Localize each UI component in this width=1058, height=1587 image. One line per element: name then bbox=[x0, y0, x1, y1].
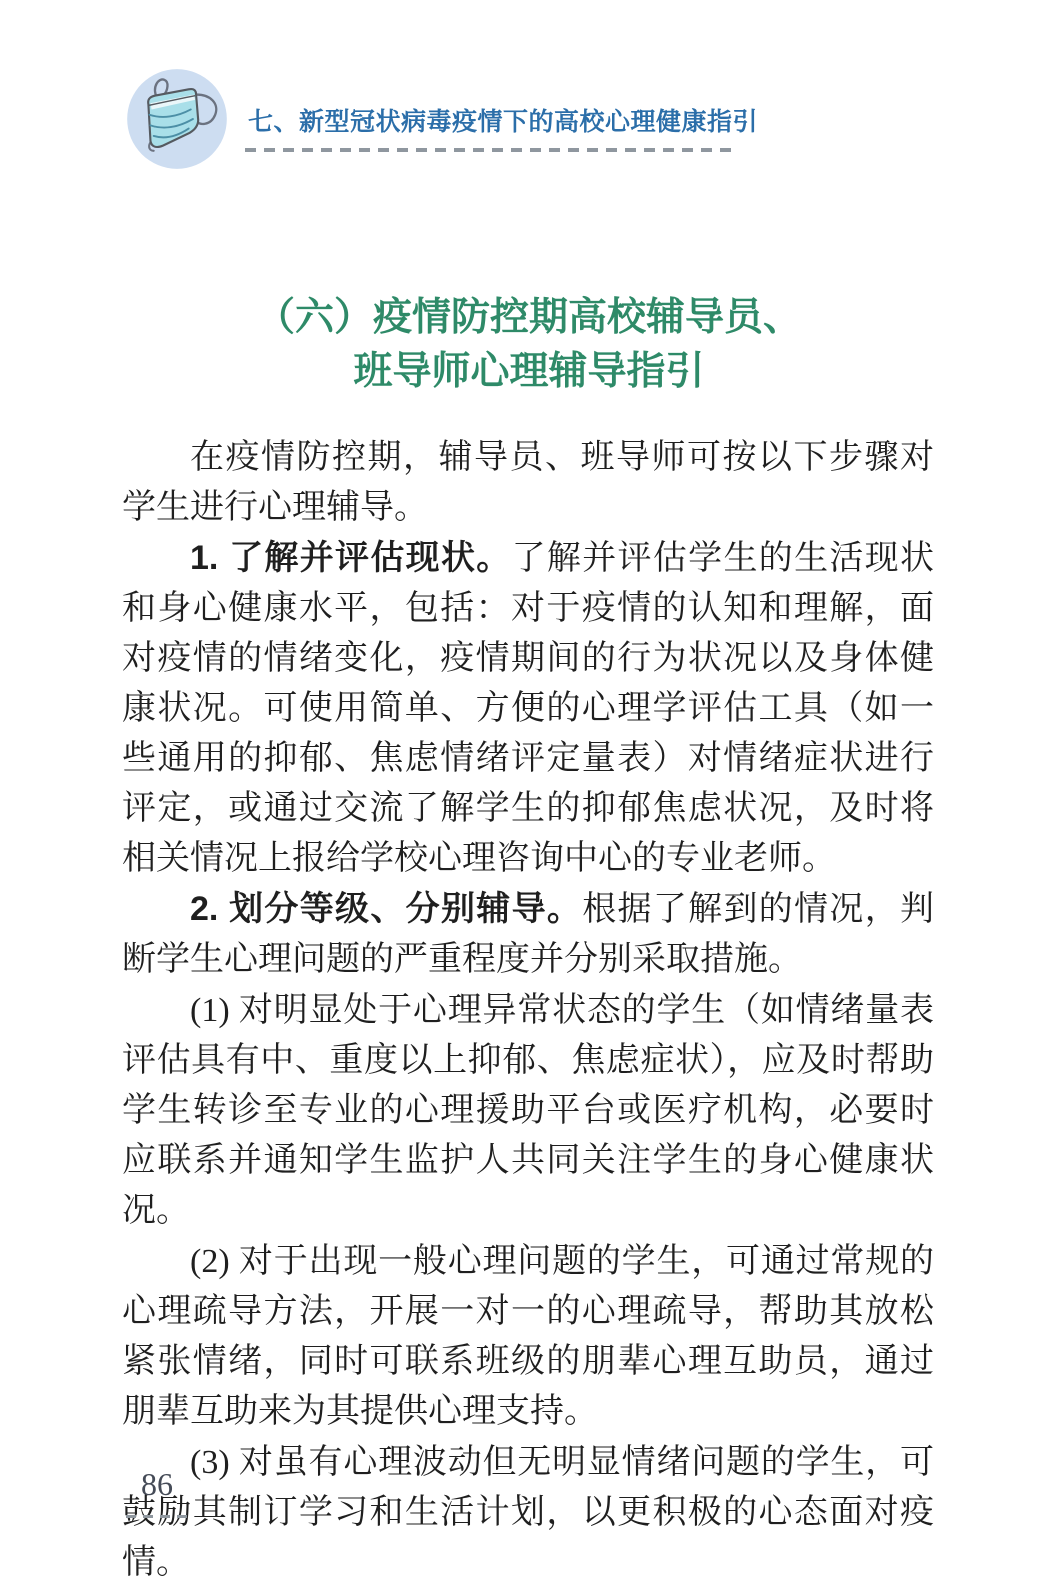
book-page: 七、新型冠状病毒疫情下的高校心理健康指引 （六）疫情防控期高校辅导员、 班导师心… bbox=[0, 0, 1058, 1587]
face-mask-icon bbox=[124, 66, 230, 172]
paragraph-lead: 1. 了解并评估现状。 bbox=[190, 539, 512, 577]
paragraph-text: (3) 对虽有心理波动但无明显情绪问题的学生，可鼓励其制订学习和生活计划，以更积… bbox=[122, 1444, 934, 1581]
paragraph-step-2: 2. 划分等级、分别辅导。根据了解到的情况，判断学生心理问题的严重程度并分别采取… bbox=[122, 884, 934, 985]
section-title-line1: （六）疫情防控期高校辅导员、 bbox=[256, 296, 802, 339]
paragraph-step-1: 1. 了解并评估现状。了解并评估学生的生活现状和身心健康水平，包括：对于疫情的认… bbox=[122, 533, 934, 884]
paragraph-text: (2) 对于出现一般心理问题的学生，可通过常规的心理疏导方法，开展一对一的心理疏… bbox=[122, 1243, 934, 1430]
paragraph-item-1: (1) 对明显处于心理异常状态的学生（如情绪量表评估具有中、重度以上抑郁、焦虑症… bbox=[122, 985, 934, 1236]
paragraph-item-3: (3) 对虽有心理波动但无明显情绪问题的学生，可鼓励其制订学习和生活计划，以更积… bbox=[122, 1437, 934, 1587]
paragraph-text: 了解并评估学生的生活现状和身心健康水平，包括：对于疫情的认知和理解，面对疫情的情… bbox=[122, 540, 934, 877]
paragraph-text: 在疫情防控期，辅导员、班导师可按以下步骤对学生进行心理辅导。 bbox=[122, 439, 934, 526]
section-title: （六）疫情防控期高校辅导员、 班导师心理辅导指引 bbox=[0, 291, 1058, 399]
paragraph-item-2: (2) 对于出现一般心理问题的学生，可通过常规的心理疏导方法，开展一对一的心理疏… bbox=[122, 1236, 934, 1437]
body-text: 在疫情防控期，辅导员、班导师可按以下步骤对学生进行心理辅导。 1. 了解并评估现… bbox=[122, 432, 934, 1587]
header-dashed-rule bbox=[245, 148, 739, 152]
paragraph-text: (1) 对明显处于心理异常状态的学生（如情绪量表评估具有中、重度以上抑郁、焦虑症… bbox=[122, 992, 934, 1229]
footer-dashed-rule bbox=[126, 1515, 192, 1518]
page-number: 86 bbox=[141, 1466, 173, 1503]
section-title-line2: 班导师心理辅导指引 bbox=[353, 350, 704, 393]
paragraph-lead: 2. 划分等级、分别辅导。 bbox=[190, 890, 582, 928]
chapter-title: 七、新型冠状病毒疫情下的高校心理健康指引 bbox=[248, 102, 768, 138]
paragraph-intro: 在疫情防控期，辅导员、班导师可按以下步骤对学生进行心理辅导。 bbox=[122, 432, 934, 533]
